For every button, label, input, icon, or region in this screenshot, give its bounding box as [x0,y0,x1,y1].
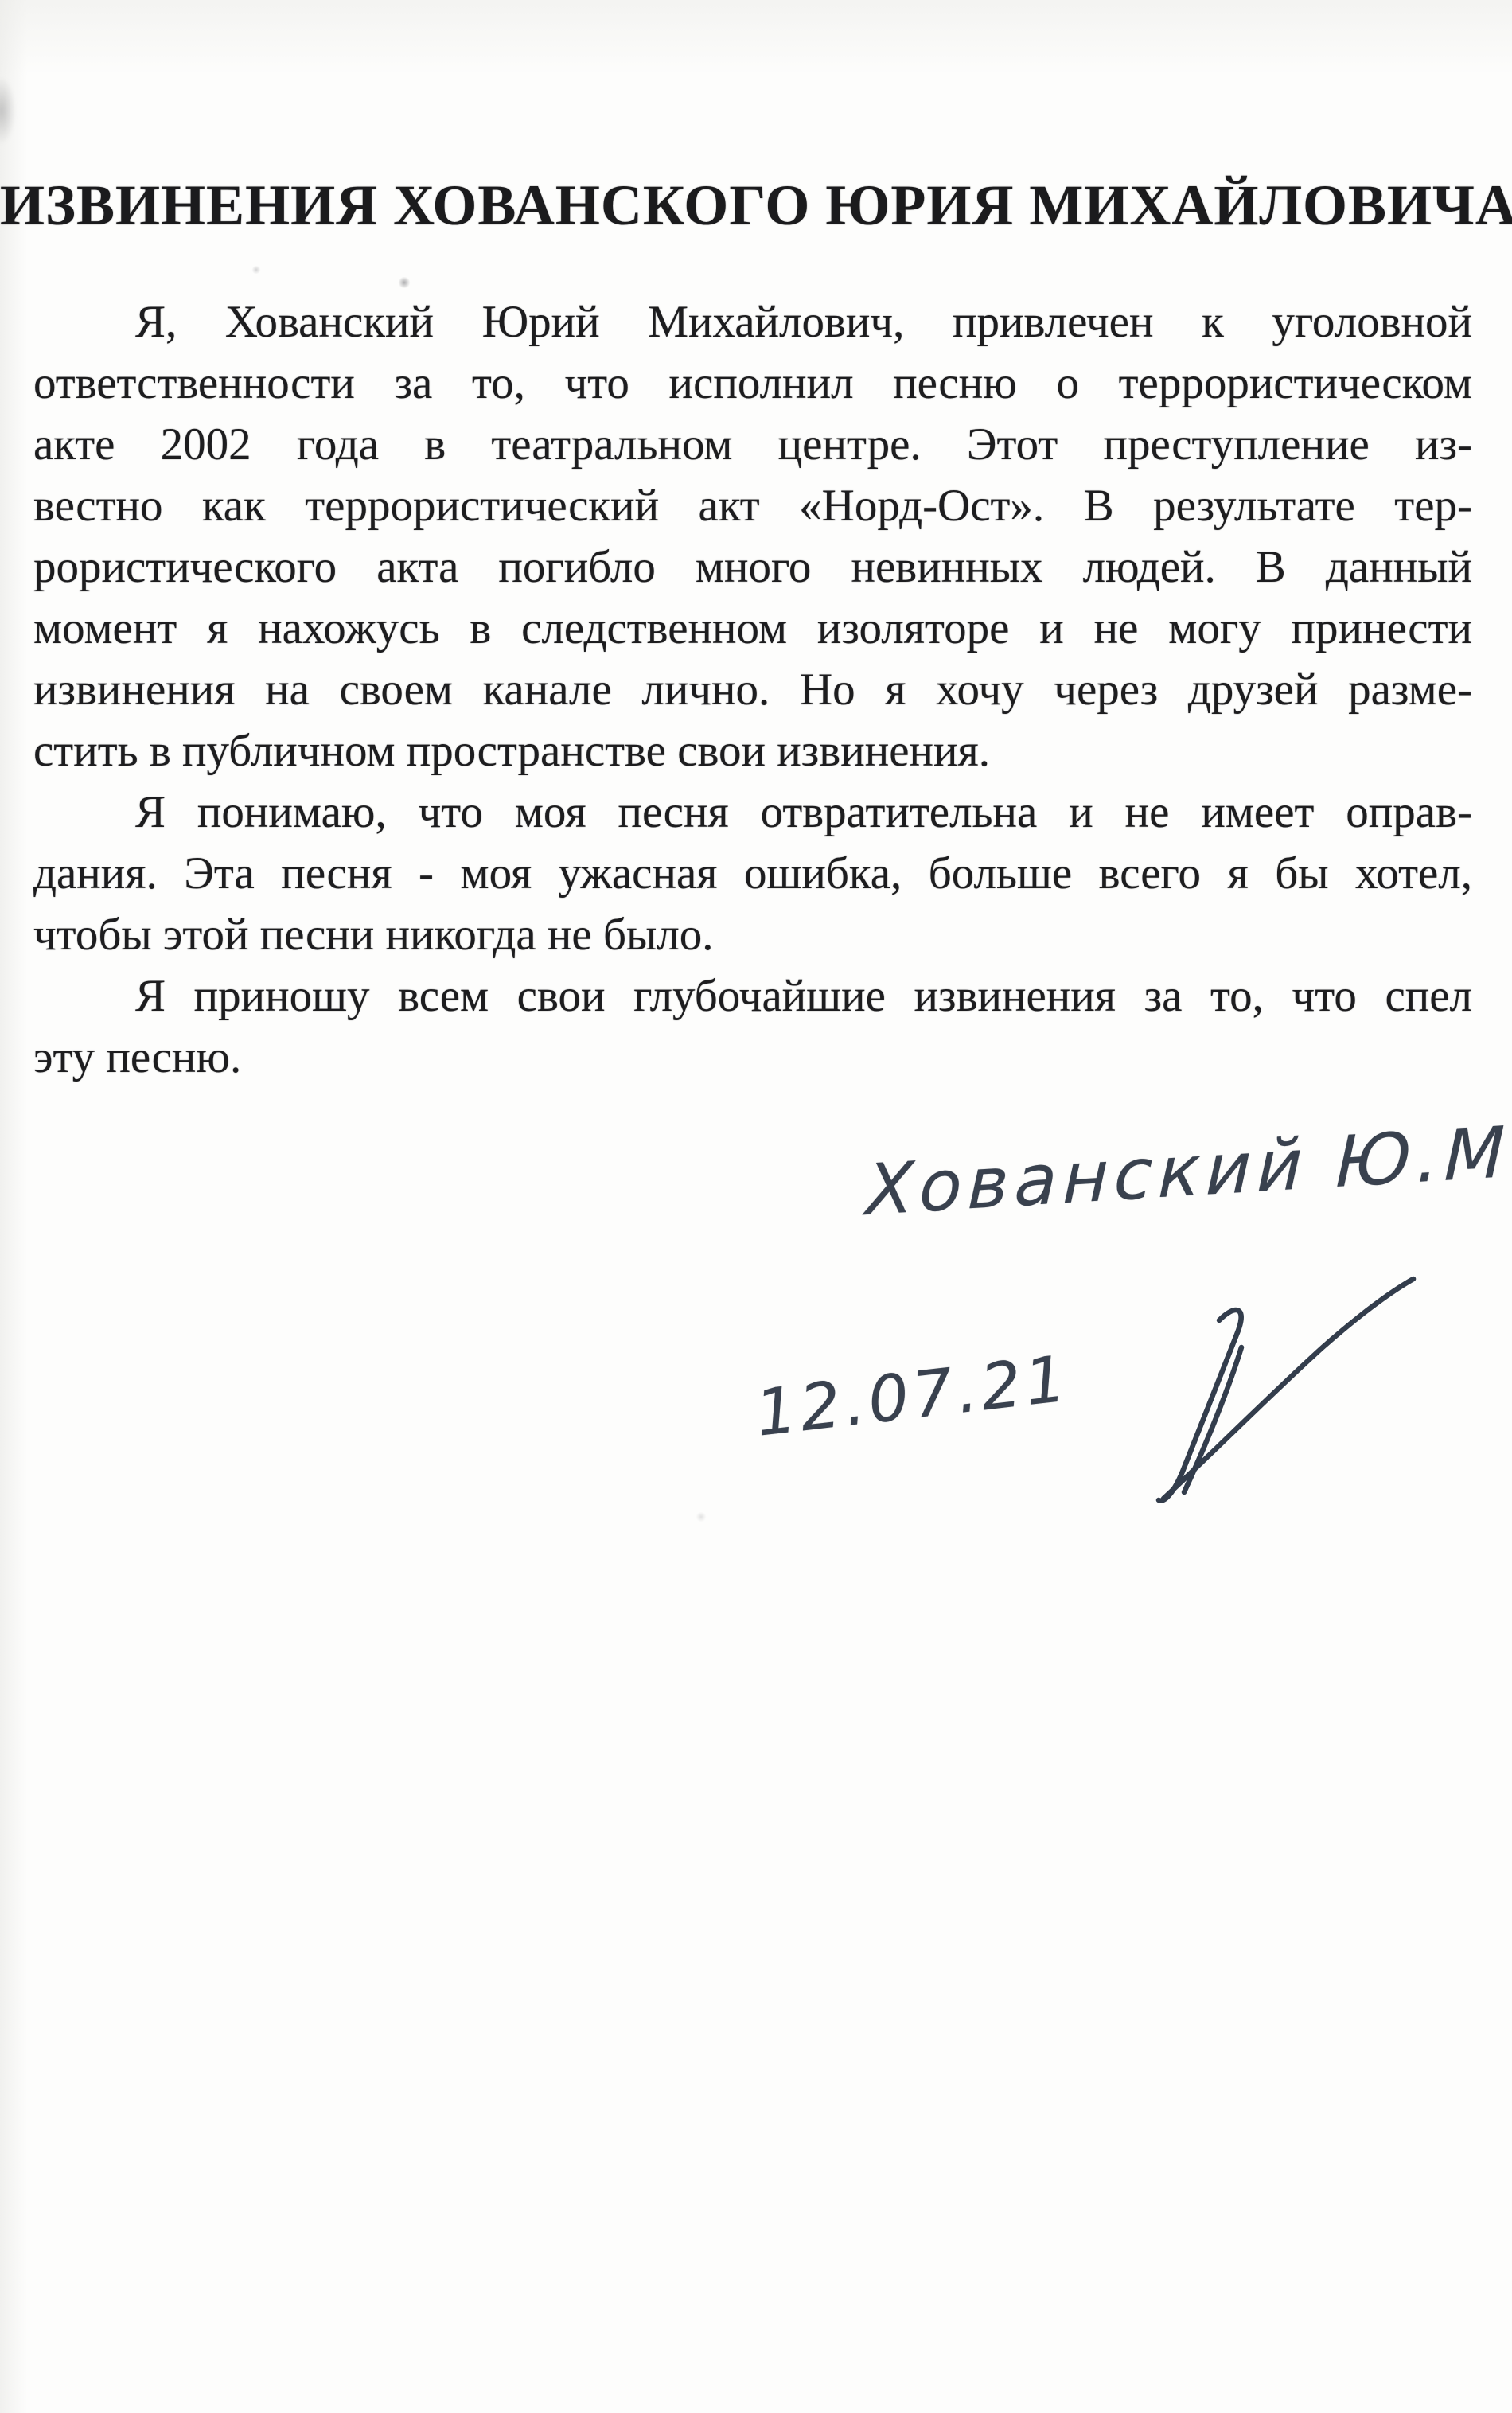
text-line: Я приношу всем свои глубочайшие извинени… [33,965,1472,1027]
text-line: чтобы этой песни никогда не было. [33,904,1472,965]
text-line: рористического акта погибло много невинн… [33,536,1472,598]
scan-speck [696,1512,707,1522]
scan-speck [251,266,261,274]
text-line: ответственности за то, что исполнил песн… [33,353,1472,414]
document-title: ИЗВИНЕНИЯ ХОВАНСКОГО ЮРИЯ МИХАЙЛОВИЧА [0,172,1512,239]
handwritten-date: 12.07.21 [752,1341,1074,1450]
scan-smudge [0,76,16,145]
document-body: Я, Хованский Юрий Михайлович, привлечен … [33,291,1472,1088]
signature-stroke [1159,1310,1241,1501]
signature-scribble [1117,1269,1420,1512]
text-line: вестно как террористический акт «Норд-Ос… [33,475,1472,536]
text-line: эту песню. [33,1027,1472,1088]
signature-stroke [1163,1279,1413,1499]
scanned-document-page: ИЗВИНЕНИЯ ХОВАНСКОГО ЮРИЯ МИХАЙЛОВИЧА Я,… [0,0,1512,2413]
text-line: извинения на своем канале лично. Но я хо… [33,659,1472,720]
text-line: Я понимаю, что моя песня отвратительна и… [33,782,1472,843]
text-line: акте 2002 года в театральном центре. Это… [33,414,1472,475]
text-line: стить в публичном пространстве свои изви… [33,720,1472,782]
handwritten-signature-name: Хованский Ю.М. [865,1109,1512,1232]
text-line: дания. Эта песня - моя ужасная ошибка, б… [33,843,1472,904]
text-line: Я, Хованский Юрий Михайлович, привлечен … [33,291,1472,353]
scan-speck [398,277,411,288]
text-line: момент я нахожусь в следственном изолято… [33,598,1472,659]
